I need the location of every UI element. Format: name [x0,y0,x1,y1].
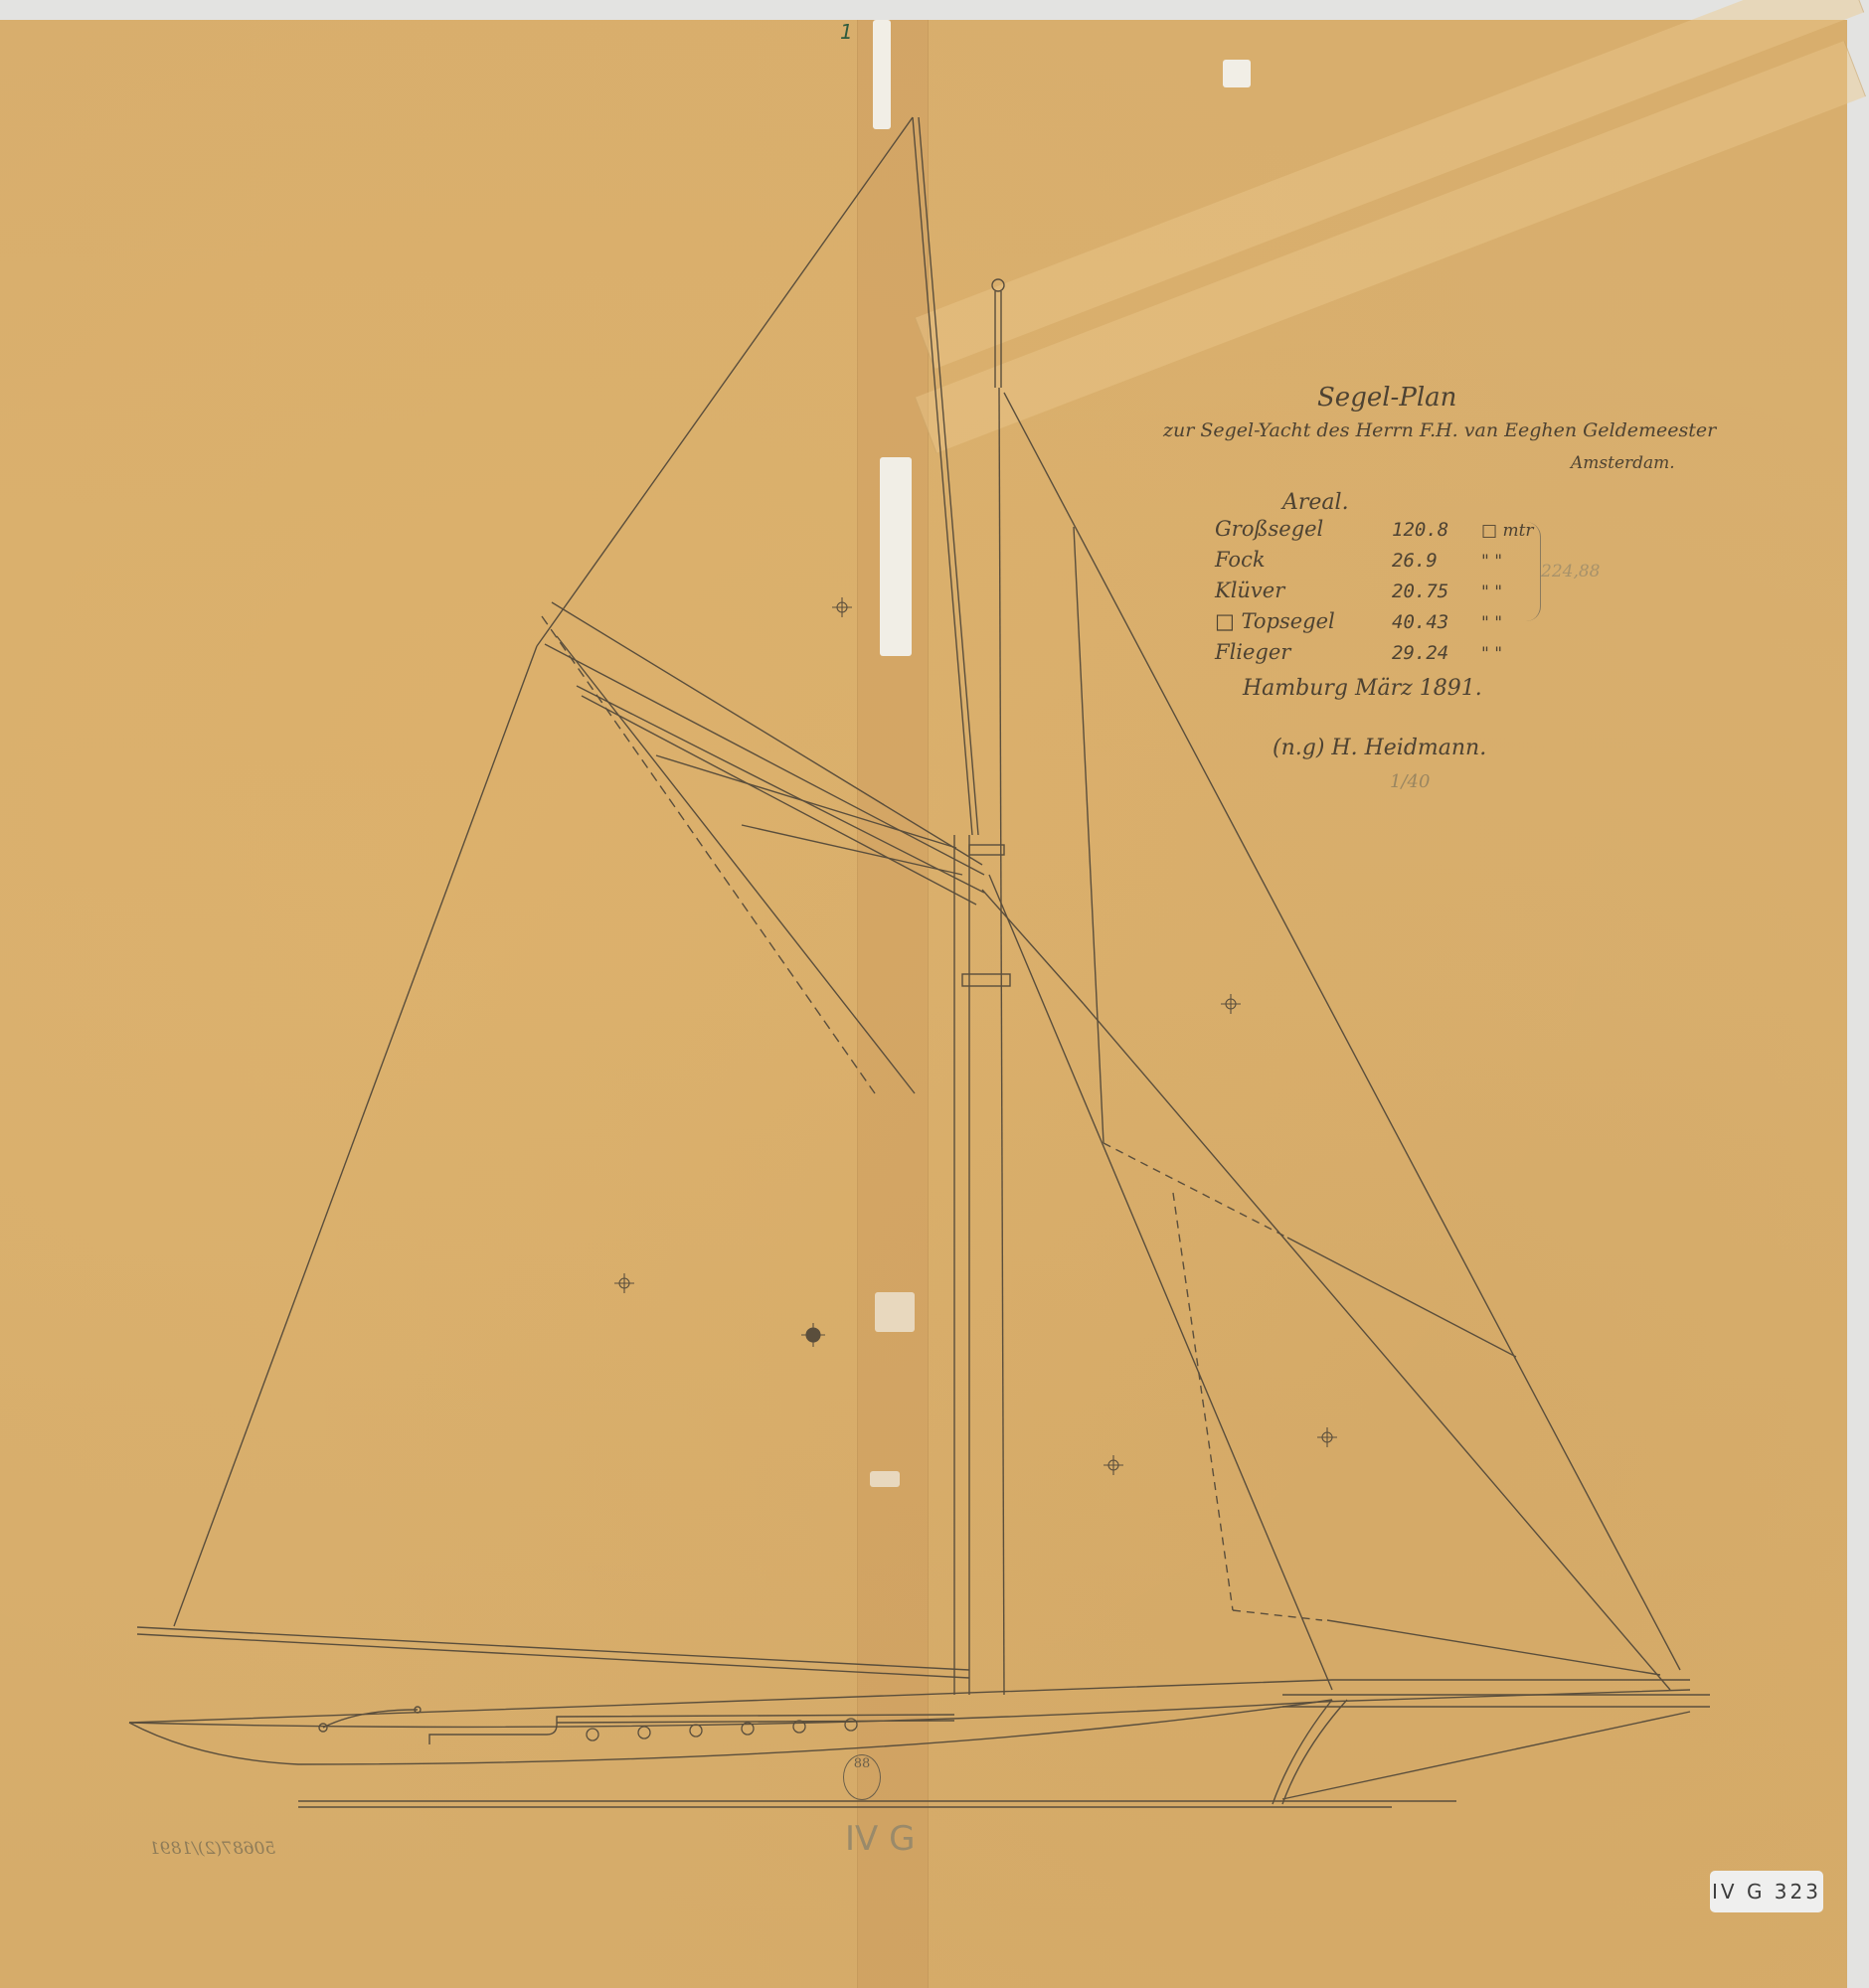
drawing-scale: 1/40 [1390,771,1430,792]
sail-area-value: 120.8 [1392,519,1481,541]
mirrored-archive-note: 50687(2)/1891 [149,1839,275,1859]
sail-name: Klüver [1215,579,1392,602]
boom [137,1627,969,1670]
jib-luff [989,875,1332,1690]
gaff [552,602,982,865]
mast-crosstrees [969,845,1004,855]
sail-name: Fock [1215,548,1392,572]
masthead-ball [992,279,1004,291]
mainsail-leech [174,646,537,1626]
sail-row: □ Topsegel 40.43 " " [1215,609,1551,640]
sail-area-unit: " " [1481,644,1551,664]
sail-row: Fock 26.9 " " [1215,548,1551,579]
hull-sheer [129,1680,1690,1723]
sail-name: □ Topsegel [1215,609,1392,633]
total-brace [1526,522,1541,621]
top-mark: 1 [840,20,853,44]
sail-area-value: 20.75 [1392,580,1481,602]
sail-area-value: 26.9 [1392,550,1481,572]
sail-area-value: 40.43 [1392,611,1481,633]
sail-plan-drawing [0,0,1869,1988]
sail-row: Großsegel 120.8 □ mtr [1215,517,1551,548]
reference-mark: IV G [845,1819,915,1859]
circular-stamp: 88 [843,1754,881,1800]
topmast-line [913,117,972,835]
sail-row: Klüver 20.75 " " [1215,579,1551,609]
document-city: Amsterdam. [1571,453,1675,473]
sail-name: Großsegel [1215,517,1392,541]
sail-area-value: 29.24 [1392,642,1481,664]
crosshair-markers [614,597,1337,1475]
sail-area-unit: " " [1481,613,1551,633]
sail-row: Flieger 29.24 " " [1215,640,1551,671]
total-area: 224,88 [1541,562,1600,581]
hull-bottom [129,1700,1332,1764]
place-date: Hamburg März 1891. [1243,676,1482,701]
catalog-label: IV G 323 [1710,1871,1823,1912]
topsail-leech [537,117,913,646]
document-subtitle: zur Segel-Yacht des Herrn F.H. van Eeghe… [1163,419,1716,441]
area-heading: Areal. [1282,490,1349,515]
sail-area-table: Großsegel 120.8 □ mtr Fock 26.9 " " Klüv… [1215,517,1551,671]
bobstay [1282,1712,1690,1799]
document-title: Segel-Plan [1317,383,1456,413]
signature: (n.g) H. Heidmann. [1273,736,1486,760]
sail-name: Flieger [1215,640,1392,664]
